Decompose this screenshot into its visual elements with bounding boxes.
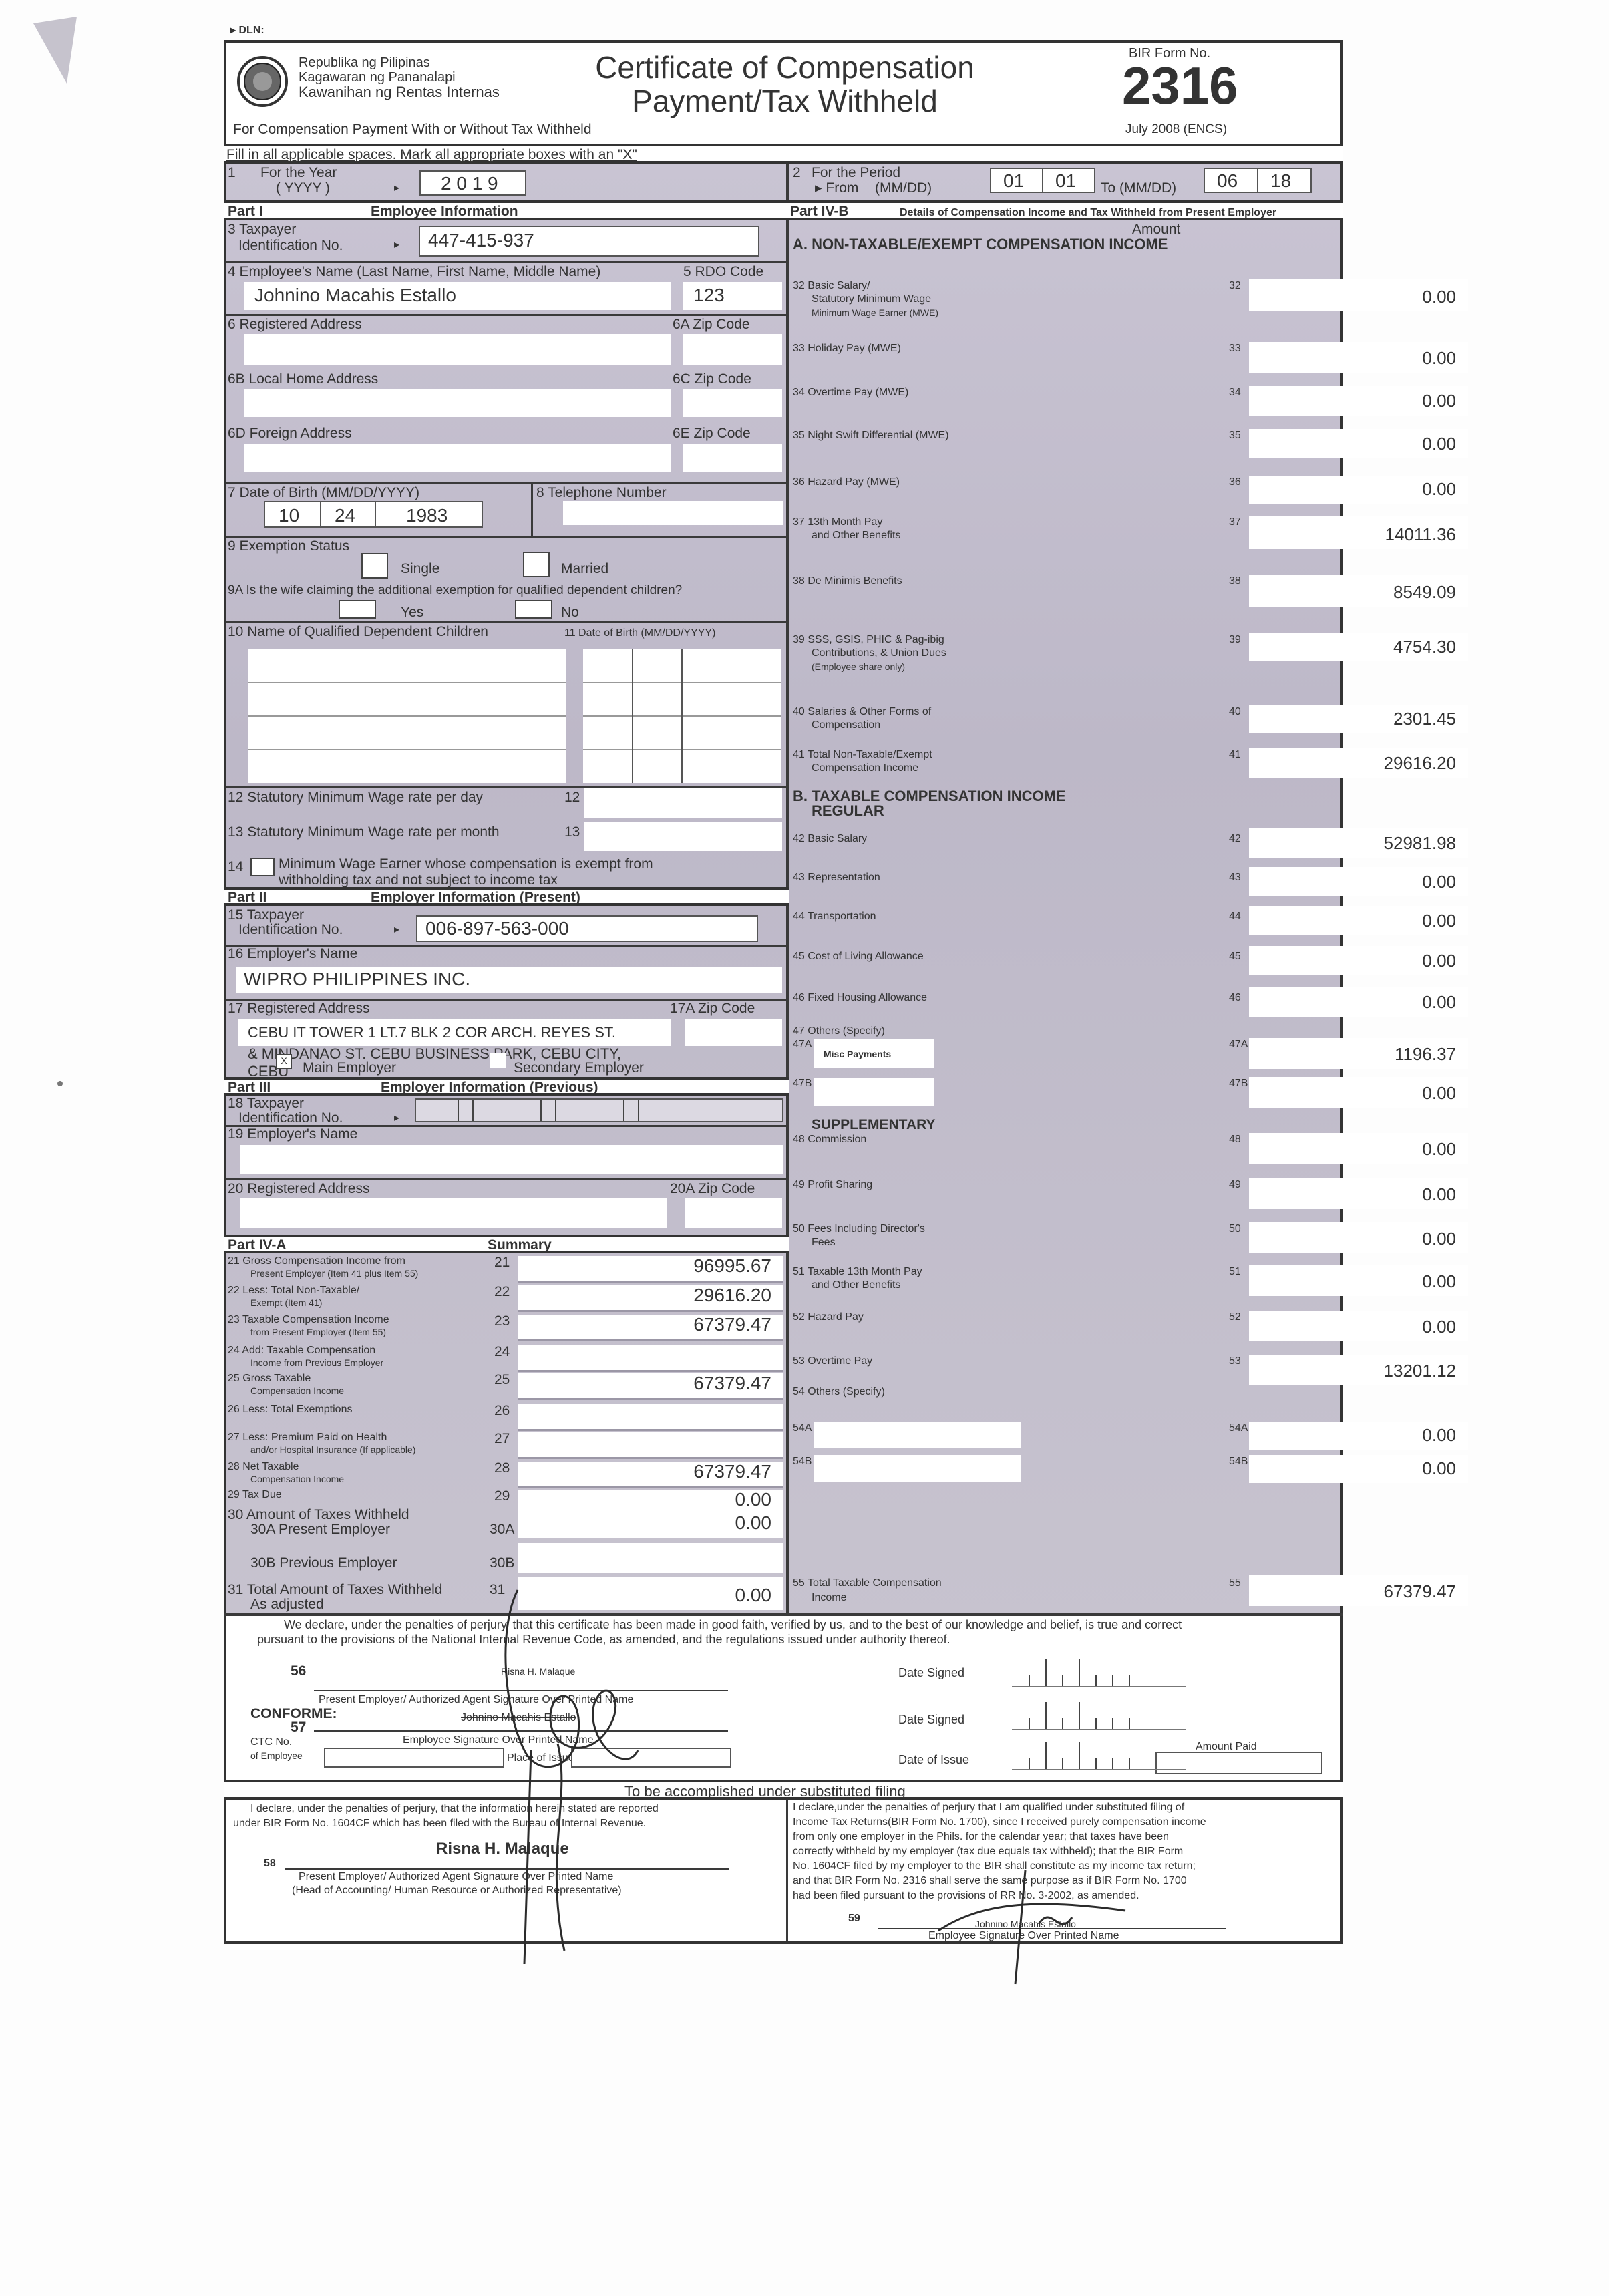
comp-value: 0.00: [1422, 1184, 1456, 1205]
date-tick: [1062, 1718, 1063, 1729]
part1-header: Part I Employee Information: [224, 200, 789, 220]
part4b-label: Part IV-B: [790, 204, 849, 220]
employer-address-label: 17 Registered Address: [228, 1001, 369, 1017]
employer-address-field[interactable]: CEBU IT TOWER 1 LT.7 BLK 2 COR ARCH. REY…: [238, 1019, 671, 1046]
item2-from: ▸ From: [815, 180, 858, 196]
dob-mm-value: 10: [279, 505, 299, 526]
signature-scribble-icon: [478, 1577, 651, 1977]
comp-value-field[interactable]: 0.00: [1249, 987, 1468, 1017]
summary-value: 96995.67: [693, 1255, 771, 1277]
summary-value-field[interactable]: 67379.47: [518, 1373, 783, 1400]
r30b-num: 30B: [490, 1555, 514, 1571]
smw-month-field[interactable]: [584, 822, 782, 851]
divider: [224, 1613, 1343, 1616]
summary-label: 24 Add: Taxable Compensation: [228, 1344, 375, 1357]
employer-tin: 006-897-563-000: [425, 918, 569, 939]
divider: [226, 314, 786, 316]
summary-num: 29: [494, 1488, 510, 1504]
comp-label: 43 Representation: [793, 871, 880, 884]
summary-num: 28: [494, 1460, 510, 1476]
foreign-zip-field[interactable]: [683, 444, 782, 472]
agency-line-3: Kawanihan ng Rentas Internas: [299, 84, 500, 100]
children-label: 10 Name of Qualified Dependent Children: [228, 624, 488, 640]
date-grid[interactable]: [1012, 1659, 1186, 1687]
comp-num: 34: [1229, 386, 1241, 399]
comp-value-field[interactable]: 0.00: [1249, 279, 1468, 311]
comp-num: 52: [1229, 1311, 1241, 1323]
summary-num: 26: [494, 1403, 510, 1419]
year-field[interactable]: 2 0 1 9: [419, 170, 526, 196]
r31-value: 0.00: [735, 1585, 772, 1606]
arrow-icon: ▸: [394, 237, 399, 253]
date-tick: [1095, 1758, 1097, 1769]
form-version: July 2008 (ENCS): [1125, 122, 1227, 138]
tin-label: 3 Taxpayer: [228, 222, 296, 238]
title-line-2: Payment/Tax Withheld: [578, 84, 992, 118]
employer-name: WIPRO PHILIPPINES INC.: [244, 969, 470, 990]
section-a-title: A. NON-TAXABLE/EXEMPT COMPENSATION INCOM…: [793, 236, 1168, 253]
part4a-title: Summary: [488, 1237, 552, 1253]
from-dd-value: 01: [1055, 170, 1076, 192]
summary-num: 23: [494, 1313, 510, 1329]
comp-label-2: Contributions, & Union Dues: [812, 647, 946, 659]
comp-value-field[interactable]: 0.00: [1249, 1178, 1468, 1209]
declaration-text-1: We declare, under the penalties of perju…: [284, 1617, 1182, 1633]
torn-corner: [27, 10, 87, 90]
comp-value: 0.00: [1422, 951, 1456, 971]
main-check-mark: X: [281, 1055, 287, 1066]
comp-value-field[interactable]: 0.00: [1249, 946, 1468, 975]
r31-label: 31 Total Amount of Taxes Withheld: [228, 1582, 442, 1598]
num-56: 56: [291, 1663, 306, 1679]
summary-label-2: and/or Hospital Insurance (If applicable…: [250, 1444, 415, 1455]
to-dd-value: 18: [1270, 170, 1291, 192]
arrow-icon: ▸: [394, 1110, 399, 1126]
children-names-table[interactable]: [248, 649, 566, 783]
comp-label-2: and Other Benefits: [812, 1279, 900, 1291]
employee-name: Johnino Macahis Estallo: [254, 285, 456, 306]
instruction-bar: Fill in all applicable spaces. Mark all …: [224, 144, 1343, 164]
reg-address-field[interactable]: [244, 334, 671, 365]
r30a-num: 30A: [490, 1522, 514, 1538]
comp-value: 0.00: [1422, 1139, 1456, 1160]
r47a-value: 1196.37: [1395, 1044, 1456, 1065]
item2-from-fmt: (MM/DD): [875, 180, 932, 196]
divider: [226, 621, 786, 623]
r55-value-field[interactable]: 67379.47: [1249, 1575, 1468, 1606]
foreign-address-field[interactable]: [244, 444, 671, 472]
comp-value-field[interactable]: 0.00: [1249, 1133, 1468, 1164]
date-tick: [1112, 1718, 1113, 1729]
tel-label: 8 Telephone Number: [536, 485, 667, 501]
summary-value-field[interactable]: 29616.20: [518, 1285, 783, 1312]
r30b-field[interactable]: [518, 1543, 783, 1573]
dob-label: 7 Date of Birth (MM/DD/YYYY): [228, 485, 419, 501]
prev-employer-address-field[interactable]: [240, 1198, 667, 1228]
date-tick: [1079, 1659, 1080, 1686]
employee-tin: 447-415-937: [428, 230, 534, 251]
summary-value-field[interactable]: [518, 1345, 783, 1372]
r47a-num-right: 47A: [1229, 1038, 1248, 1051]
comp-label-2: Compensation Income: [812, 762, 918, 774]
comp-value-field[interactable]: 0.00: [1249, 386, 1468, 416]
others-54-label: 54 Others (Specify): [793, 1385, 885, 1398]
local-zip-field[interactable]: [683, 389, 782, 417]
divider: [226, 536, 786, 538]
local-zip-label: 6C Zip Code: [673, 371, 751, 387]
comp-label: 38 De Minimis Benefits: [793, 575, 902, 587]
r54b-value-field[interactable]: 0.00: [1249, 1455, 1468, 1483]
date-tick: [1079, 1742, 1080, 1769]
num-59: 59: [848, 1912, 860, 1925]
mwe-num: 14: [228, 859, 243, 875]
summary-label: 23 Taxable Compensation Income: [228, 1313, 389, 1326]
comp-value-field[interactable]: 0.00: [1249, 906, 1468, 935]
r54b-num: 54B: [793, 1455, 812, 1468]
comp-label: 46 Fixed Housing Allowance: [793, 991, 927, 1004]
part3-header: Part III Employer Information (Previous): [224, 1077, 789, 1096]
to-mm-value: 06: [1217, 170, 1238, 192]
r47b-spec-field[interactable]: [814, 1078, 934, 1106]
summary-label: 21 Gross Compensation Income from: [228, 1255, 405, 1267]
prev-employer-name-label: 19 Employer's Name: [228, 1126, 357, 1142]
date-tick: [1112, 1758, 1113, 1769]
substituted-declaration-line: from only one employer in the Phils. for…: [793, 1830, 1169, 1843]
comp-label: 41 Total Non-Taxable/Exempt: [793, 748, 932, 761]
substituted-banner-text: To be accomplished under substituted fil…: [624, 1784, 906, 1800]
date-tick: [1029, 1675, 1030, 1686]
employer-name-field[interactable]: WIPRO PHILIPPINES INC.: [236, 967, 782, 993]
comp-label: 48 Commission: [793, 1133, 866, 1146]
secondary-employer-label: Secondary Employer: [514, 1060, 644, 1076]
r54a-value-field[interactable]: 0.00: [1249, 1422, 1468, 1450]
substituted-declaration-line: correctly withheld by my employer (tax d…: [793, 1845, 1183, 1858]
prev-employer-name-field[interactable]: [240, 1145, 783, 1174]
part4b-header: Part IV-B Details of Compensation Income…: [786, 200, 1343, 220]
summary-label: 29 Tax Due: [228, 1488, 282, 1501]
summary-value: 0.00: [735, 1489, 772, 1510]
dob-dd-value: 24: [335, 505, 355, 526]
r54a-spec-field[interactable]: [814, 1422, 1021, 1448]
comp-value-field[interactable]: 2301.45: [1249, 705, 1468, 733]
part2-label: Part II: [228, 890, 266, 906]
comp-value: 0.00: [1422, 1271, 1456, 1292]
r55-value: 67379.47: [1384, 1581, 1456, 1602]
employer-zip-field[interactable]: [685, 1019, 782, 1046]
date-tick: [1129, 1718, 1130, 1729]
summary-label-2: Present Employer (Item 41 plus Item 55): [250, 1268, 418, 1279]
comp-value-field[interactable]: 14011.36: [1249, 516, 1468, 549]
item2-num: 2: [793, 165, 801, 181]
comp-label: 39 SSS, GSIS, PHIC & Pag-ibig: [793, 633, 944, 646]
prev-employer-tin-field[interactable]: [415, 1098, 783, 1122]
part4a-label: Part IV-A: [228, 1237, 287, 1253]
item2-label: For the Period: [812, 165, 900, 181]
item1-sub: ( YYYY ): [276, 180, 330, 196]
comp-label: 53 Overtime Pay: [793, 1355, 872, 1367]
summary-num: 24: [494, 1344, 510, 1360]
arrow-icon: ▸: [394, 922, 399, 938]
summary-label-2: Income from Previous Employer: [250, 1357, 383, 1368]
employee-signature-icon: [925, 1857, 1139, 1991]
telephone-field[interactable]: [563, 501, 783, 525]
comp-num: 35: [1229, 429, 1241, 442]
comp-num: 38: [1229, 575, 1241, 587]
period-to-dd[interactable]: 18: [1257, 168, 1312, 193]
summary-label-2: Compensation Income: [250, 1385, 344, 1396]
substituted-filing-banner: To be accomplished under substituted fil…: [224, 1780, 1343, 1800]
title-line-1: Certificate of Compensation: [578, 51, 992, 84]
part4b-title: Details of Compensation Income and Tax W…: [900, 206, 1276, 219]
form-subtitle: For Compensation Payment With or Without…: [233, 122, 592, 138]
comp-value-field[interactable]: 0.00: [1249, 429, 1468, 458]
comp-value-field[interactable]: 8549.09: [1249, 575, 1468, 607]
comp-label: 34 Overtime Pay (MWE): [793, 386, 908, 399]
r47a-num: 47A: [793, 1038, 812, 1051]
foreign-address-label: 6D Foreign Address: [228, 426, 352, 442]
r30b-label: 30B Previous Employer: [250, 1555, 397, 1571]
summary-value-field[interactable]: 67379.47: [518, 1462, 783, 1488]
date-tick: [1112, 1675, 1113, 1686]
divider: [786, 1800, 788, 1941]
comp-num: 53: [1229, 1355, 1241, 1367]
summary-num: 21: [494, 1255, 510, 1271]
employer-zip-label: 17A Zip Code: [670, 1001, 755, 1017]
summary-value-field[interactable]: 96995.67: [518, 1256, 783, 1283]
comp-value: 4754.30: [1393, 637, 1456, 657]
employee-tin-field[interactable]: 447-415-937: [419, 226, 759, 257]
date-tick: [1029, 1758, 1030, 1769]
tin-label-2: Identification No.: [238, 238, 343, 254]
date-grid[interactable]: [1012, 1702, 1186, 1730]
r47a-value-field[interactable]: 1196.37: [1249, 1038, 1468, 1069]
comp-num: 37: [1229, 516, 1241, 528]
comp-num: 45: [1229, 950, 1241, 963]
comp-label-3: Minimum Wage Earner (MWE): [812, 307, 938, 318]
period-from-dd[interactable]: 01: [1042, 168, 1095, 193]
period-to-mm[interactable]: 06: [1204, 168, 1258, 193]
married-checkbox[interactable]: [523, 552, 550, 577]
summary-num: 22: [494, 1284, 510, 1300]
date-tick: [1062, 1758, 1063, 1769]
year-value: 2 0 1 9: [441, 173, 498, 194]
r47b-num: 47B: [793, 1077, 812, 1090]
date-tick: [1045, 1659, 1047, 1686]
part1-label: Part I: [228, 204, 263, 220]
comp-label: 45 Cost of Living Allowance: [793, 950, 924, 963]
r54a-num: 54A: [793, 1422, 812, 1434]
employee-name-label: 4 Employee's Name (Last Name, First Name…: [228, 264, 600, 280]
mwe-label-2: withholding tax and not subject to incom…: [279, 872, 558, 888]
comp-value-field[interactable]: 29616.20: [1249, 748, 1468, 778]
r30a-field[interactable]: 0.00: [518, 1508, 783, 1538]
comp-label: 50 Fees Including Director's: [793, 1222, 925, 1235]
foreign-zip-label: 6E Zip Code: [673, 426, 751, 442]
date-tick: [1062, 1675, 1063, 1686]
num-57: 57: [291, 1719, 306, 1736]
date-tick: [1079, 1702, 1080, 1729]
summary-label: 26 Less: Total Exemptions: [228, 1403, 352, 1416]
exemption-label: 9 Exemption Status: [228, 538, 349, 554]
date-signed-56-label: Date Signed: [898, 1665, 964, 1681]
others-47-label: 47 Others (Specify): [793, 1025, 885, 1037]
r47b-num-right: 47B: [1229, 1077, 1248, 1090]
reg-address-label: 6 Registered Address: [228, 317, 362, 333]
comp-value-field[interactable]: 52981.98: [1249, 828, 1468, 858]
from-mm-value: 01: [1003, 170, 1024, 192]
prev-employer-zip-label: 20A Zip Code: [670, 1181, 755, 1197]
fold-mark: [57, 1081, 63, 1086]
substituted-declaration-line: I declare,under the penalties of perjury…: [793, 1801, 1184, 1814]
summary-value: 67379.47: [693, 1373, 771, 1394]
comp-num: 42: [1229, 832, 1241, 845]
employer-tin-field[interactable]: 006-897-563-000: [416, 915, 758, 942]
part2-title: Employer Information (Present): [371, 890, 580, 906]
children-dob-label: 11 Date of Birth (MM/DD/YYYY): [564, 627, 715, 639]
comp-label: 40 Salaries & Other Forms of: [793, 705, 931, 718]
summary-value-field[interactable]: 67379.47: [518, 1315, 783, 1341]
smw-day-field[interactable]: [584, 788, 782, 818]
date-grid[interactable]: [1012, 1742, 1186, 1770]
prev-employer-address-label: 20 Registered Address: [228, 1181, 369, 1197]
secondary-employer-checkbox[interactable]: [490, 1053, 506, 1068]
comp-value: 2301.45: [1393, 709, 1456, 729]
period-from-mm[interactable]: 01: [990, 168, 1043, 193]
comp-label: 33 Holiday Pay (MWE): [793, 342, 901, 355]
summary-value-field[interactable]: [518, 1432, 783, 1459]
reg-zip-label: 6A Zip Code: [673, 317, 750, 333]
r47a-spec-field[interactable]: Misc Payments: [814, 1039, 934, 1068]
employer-tin-label: 15 Taxpayer: [228, 907, 304, 923]
summary-label-2: Compensation Income: [250, 1474, 344, 1484]
dob-yyyy-value: 1983: [406, 505, 448, 526]
comp-value: 0.00: [1422, 391, 1456, 412]
r55-num: 55: [1229, 1577, 1241, 1589]
instruction-text: Fill in all applicable spaces. Mark all …: [226, 147, 637, 163]
prev-tin-label-2: Identification No.: [238, 1110, 343, 1126]
smw-day-num: 12: [564, 790, 580, 806]
smw-month-num: 13: [564, 824, 580, 840]
yes-label: Yes: [401, 605, 423, 621]
rdo-field[interactable]: 123: [683, 282, 782, 310]
children-dob-table[interactable]: [583, 649, 781, 783]
dob-dd[interactable]: 24: [320, 501, 376, 528]
prev-tin-label: 18 Taxpayer: [228, 1096, 304, 1112]
comp-label: 35 Night Swift Differential (MWE): [793, 429, 949, 442]
part4a-header: Part IV-A Summary: [224, 1235, 789, 1253]
comp-num: 49: [1229, 1178, 1241, 1191]
arrow-icon: ▸: [815, 180, 826, 196]
comp-value: 0.00: [1422, 1228, 1456, 1249]
comp-label: 36 Hazard Pay (MWE): [793, 476, 900, 488]
comp-value: 0.00: [1422, 872, 1456, 892]
item1-label: For the Year: [260, 165, 337, 181]
prev-employer-zip-field[interactable]: [685, 1198, 782, 1228]
comp-label-2: Statutory Minimum Wage: [812, 293, 931, 305]
r54a-num-right: 54A: [1229, 1422, 1248, 1434]
comp-num: 32: [1229, 279, 1241, 292]
summary-label: 28 Net Taxable: [228, 1460, 299, 1473]
comp-label: 42 Basic Salary: [793, 832, 867, 845]
mwe-checkbox[interactable]: [250, 858, 275, 876]
ctc-label: CTC No.: [250, 1736, 292, 1748]
comp-value-field[interactable]: 13201.12: [1249, 1355, 1468, 1385]
comp-value-field[interactable]: 0.00: [1249, 867, 1468, 896]
comp-value-field[interactable]: 0.00: [1249, 342, 1468, 373]
comp-value: 0.00: [1422, 348, 1456, 369]
summary-num: 25: [494, 1372, 510, 1388]
comp-value-field[interactable]: 0.00: [1249, 1311, 1468, 1341]
comp-num: 41: [1229, 748, 1241, 761]
r55-label-2: Income: [812, 1591, 846, 1604]
main-employer-label: Main Employer: [303, 1060, 396, 1076]
comp-num: 48: [1229, 1133, 1241, 1146]
single-label: Single: [401, 561, 439, 577]
summary-value-field[interactable]: [518, 1404, 783, 1431]
summary-label: 22 Less: Total Non-Taxable/: [228, 1284, 359, 1297]
single-checkbox[interactable]: [361, 553, 388, 579]
form-number: 2316: [1122, 59, 1238, 112]
rdo-code: 123: [693, 285, 725, 306]
arrow-icon: ▸: [394, 180, 399, 196]
no-label: No: [561, 605, 579, 621]
divider: [226, 482, 786, 484]
comp-value-field[interactable]: 0.00: [1249, 476, 1468, 504]
comp-label: 51 Taxable 13th Month Pay: [793, 1265, 922, 1278]
rdo-label: 5 RDO Code: [683, 264, 763, 280]
r47b-value-field[interactable]: 0.00: [1249, 1077, 1468, 1108]
bir-seal-icon: [236, 55, 289, 108]
smw-day-label: 12 Statutory Minimum Wage rate per day: [228, 790, 483, 806]
item1-num: 1: [228, 165, 236, 181]
reg-zip-field[interactable]: [683, 334, 782, 365]
comp-value-field[interactable]: 0.00: [1249, 1265, 1468, 1296]
agency-line-1: Republika ng Pilipinas: [299, 55, 430, 71]
part3-label: Part III: [228, 1080, 271, 1096]
comp-label: 44 Transportation: [793, 910, 876, 923]
local-address-field[interactable]: [244, 389, 671, 417]
r54b-value: 0.00: [1422, 1458, 1456, 1479]
dob-mm[interactable]: 10: [264, 501, 321, 528]
arrow-icon: ▸: [230, 25, 238, 36]
date-tick: [1095, 1718, 1097, 1729]
comp-value: 0.00: [1422, 911, 1456, 931]
date-tick: [1129, 1675, 1130, 1686]
summary-value: 67379.47: [693, 1461, 771, 1482]
yes-checkbox[interactable]: [339, 600, 376, 619]
divider: [531, 482, 533, 536]
summary-value: 29616.20: [693, 1285, 771, 1306]
form-title: Certificate of Compensation Payment/Tax …: [578, 51, 992, 118]
r54b-spec-field[interactable]: [814, 1455, 1021, 1482]
comp-num: 51: [1229, 1265, 1241, 1278]
date-tick: [1045, 1702, 1047, 1729]
comp-value-field[interactable]: 0.00: [1249, 1222, 1468, 1253]
bir-form-2316: Republika ng Pilipinas Kagawaran ng Pana…: [224, 40, 1343, 1944]
r54b-num-right: 54B: [1229, 1455, 1248, 1468]
r54a-value: 0.00: [1422, 1425, 1456, 1446]
no-checkbox[interactable]: [515, 600, 552, 619]
main-employer-checkbox[interactable]: X: [276, 1054, 292, 1069]
employer-tin-label-2: Identification No.: [238, 922, 343, 938]
dob-yyyy[interactable]: 1983: [375, 501, 483, 528]
comp-label: 49 Profit Sharing: [793, 1178, 872, 1191]
comp-value-field[interactable]: 4754.30: [1249, 633, 1468, 661]
part2-header: Part II Employer Information (Present): [224, 887, 789, 906]
comp-value: 0.00: [1422, 287, 1456, 307]
employee-name-field[interactable]: Johnino Macahis Estallo: [244, 282, 671, 310]
comp-value: 0.00: [1422, 479, 1456, 500]
